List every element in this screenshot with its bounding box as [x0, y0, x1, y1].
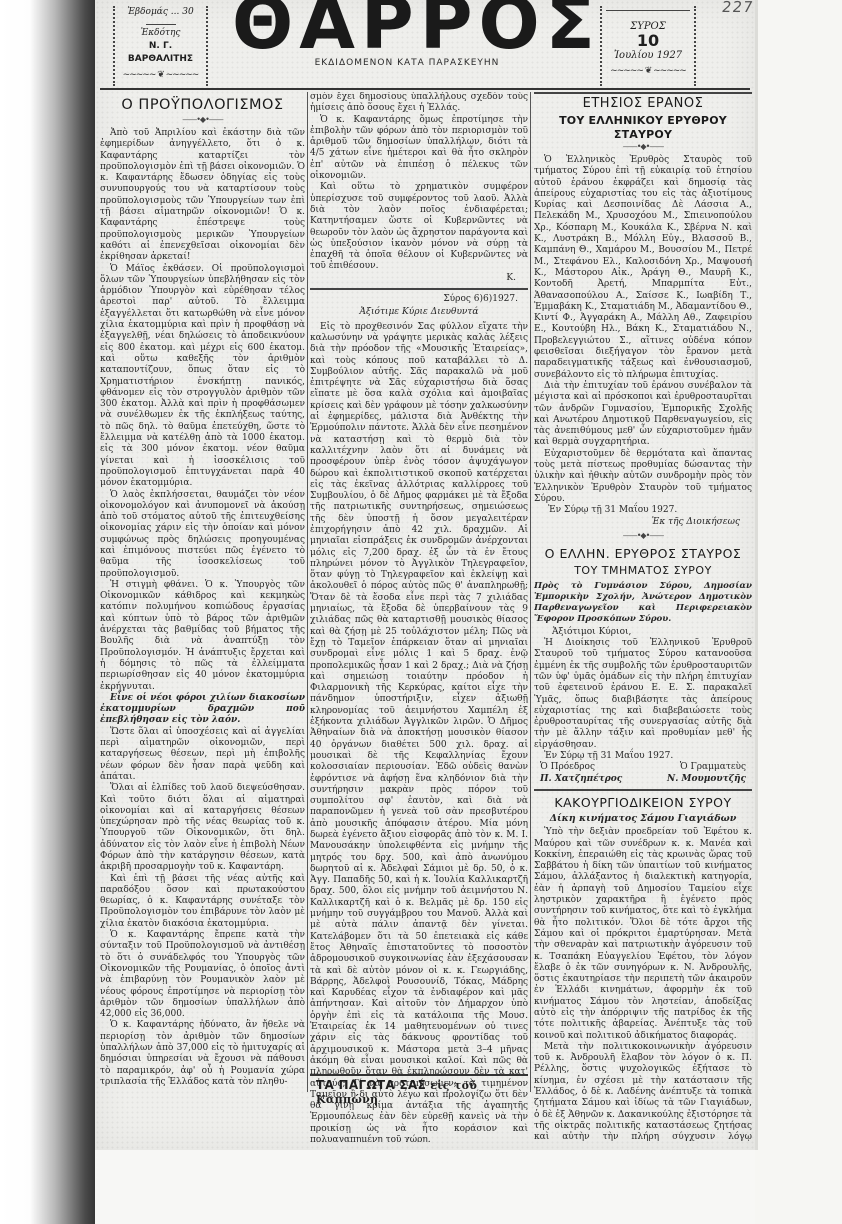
- page-edge: [95, 1150, 842, 1224]
- headline-annual-collection-sub: ΤΟΥ ΕΛΛΗΝΙΚΟΥ ΕΡΥΘΡΟΥ ΣΤΑΥΡΟΥ: [534, 114, 752, 142]
- paragraph: Ὁ κ. Καφαντάρης ἔπρεπε κατὰ τὴν σύνταξιν…: [100, 930, 305, 1020]
- paragraph: Ὅλαι αἱ ἐλπίδες τοῦ λαοῦ διεψεύσθησαν. Κ…: [100, 783, 305, 873]
- signers-names: Π. Χατζηπέτρος Ν. Μουμουτζῆς: [534, 774, 752, 785]
- masthead-left-box: Ἑβδομάς ... 30 Ἐκδότης Ν. Γ. ΒΑΡΘΑΛΙΤΗΣ …: [113, 6, 208, 86]
- letter-dateline: Σύρος 6)6)1927.: [310, 294, 528, 305]
- issue-date: Ἰουλίου 1927: [606, 49, 690, 62]
- subhead-samos-trial: Δίκη κινήματος Σάμου Γιαγιάδων: [534, 813, 752, 824]
- headline-red-cross: Ο ΕΛΛΗΝ. ΕΡΥΘΡΟΣ ΣΤΑΥΡΟΣ: [534, 546, 752, 562]
- ad-caps-text: ΤΑ ΠΑΓΩΤΑ ΣΑΣ: [316, 1078, 426, 1092]
- paragraph: Ὁ λαὸς ἐκπλήσσεται, θαυμάζει τὸν νέον οἰ…: [100, 490, 305, 580]
- divider: [606, 10, 690, 20]
- signature: Ἐκ τῆς Διοικήσεως: [534, 517, 752, 528]
- masthead-rule: [100, 88, 750, 90]
- archive-page-number: 227: [721, 0, 755, 16]
- column-continuation-and-letter: σμὸν ἔχει δημοσίους ὑπαλλήλους σχεδὸν το…: [310, 92, 528, 1142]
- ornament-icon: ~~~~~ ❦ ~~~~~: [119, 69, 202, 82]
- headline-annual-collection: ΕΤΗΣΙΟΣ ΕΡΑΝΟΣ: [534, 96, 752, 112]
- divider: [146, 19, 176, 25]
- paragraph: Ἡ Διοίκησις τοῦ Ἑλληνικοῦ Ἐρυθροῦ Σταυρο…: [534, 638, 752, 751]
- paragraph: Ὑπὸ τὴν δεξιὰν προεδρείαν τοῦ Ἐφέτου κ. …: [534, 827, 752, 1042]
- paragraph: Μετὰ τὴν πολιτικοκοινωνικὴν ἀγόρευσιν το…: [534, 1042, 752, 1142]
- paragraph: Καὶ οὕτω τὸ χρηματικὸν συμφέρον ὑπερίσχυ…: [310, 182, 528, 272]
- letter-body: Εἰς τὸ προχθεσινόν Σας φύλλον εἴχατε τὴν…: [310, 322, 528, 1142]
- publisher-name: Ν. Γ. ΒΑΡΘΑΛΙΤΗΣ: [119, 40, 202, 66]
- dateline: Ἐν Σύρῳ τῇ 31 Μαΐου 1927.: [534, 505, 752, 516]
- ice-cream-advertisement: ΤΑ ΠΑΓΩΤΑ ΣΑΣ εἰς τοῦ Καππώνη: [310, 1074, 528, 1106]
- paragraph: Ὁ κ. Καφαντάρης ἠδύνατο, ἂν ἤθελε νὰ περ…: [100, 1020, 305, 1088]
- column-rule: [307, 92, 308, 1092]
- masthead-right-box: ΣΥΡΟΣ 10 Ἰουλίου 1927 ~~~~~ ❦ ~~~~~: [600, 6, 696, 86]
- ornament-divider-icon: ——•◆•——: [534, 532, 752, 540]
- paragraph: Ἀπὸ τοῦ Ἀπριλίου καὶ ἐκάστην διὰ τῶν ἐφη…: [100, 128, 305, 264]
- president-name: Π. Χατζηπέτρος: [540, 774, 622, 785]
- article-signature: Κ.: [310, 273, 528, 284]
- paragraph: Διὰ τὴν ἐπιτυχίαν τοῦ ἐράνου συνέβαλον τ…: [534, 381, 752, 449]
- section-rule: [310, 288, 528, 290]
- scan-right-margin: [755, 0, 842, 1224]
- section-rule: [534, 92, 752, 94]
- paragraph: Ὁ κ. Καφαντάρης ὅμως ἐπροτίμησε τὴν ἐπιβ…: [310, 115, 528, 183]
- signers-labels: Ὁ Πρόεδρος Ὁ Γραμματεὺς: [534, 762, 752, 773]
- paragraph: Ὁ Μάϊος ἐκθάσεν. Οἱ προϋπολογισμοὶ ὅλων …: [100, 264, 305, 490]
- section-rule: [534, 789, 752, 791]
- paragraph: Ὥστε ὅλαι αἱ ὑποσχέσεις καὶ αἱ ἀγγελίαι …: [100, 727, 305, 783]
- column-budget-article: Ο ΠΡΟΫΠΟΛΟΓΙΣΜΟΣ ——•◆•—— Ἀπὸ τοῦ Ἀπριλίο…: [100, 92, 305, 1142]
- ornament-icon: ~~~~~ ❦ ~~~~~: [606, 65, 690, 78]
- publisher-label: Ἐκδότης: [119, 27, 202, 40]
- ornament-divider-icon: ——•◆•——: [534, 143, 752, 151]
- dateline: Ἐν Σύρῳ τῇ 31 Μαΐου 1927.: [534, 751, 752, 762]
- headline-criminal-court: ΚΑΚΟΥΡΓΙΟΔΙΚΕΙΟΝ ΣΥΡΟΥ: [534, 795, 752, 811]
- paragraph: Ὁ Ἑλληνικὸς Ἐρυθρὸς Σταυρὸς τοῦ τμήματος…: [534, 155, 752, 381]
- paragraph: σμὸν ἔχει δημοσίους ὑπαλλήλους σχεδὸν το…: [310, 92, 528, 115]
- secretary-label: Ὁ Γραμματεὺς: [680, 762, 746, 773]
- emphasis-paragraph: Εἶνε οἱ νέοι φόροι χιλίων διακοσίων ἑκατ…: [100, 693, 305, 727]
- salutation: Ἀξιότιμοι Κύριοι,: [534, 627, 752, 638]
- column-red-cross-and-court: ΕΤΗΣΙΟΣ ΕΡΑΝΟΣ ΤΟΥ ΕΛΛΗΝΙΚΟΥ ΕΡΥΘΡΟΥ ΣΤΑ…: [534, 92, 752, 1142]
- paragraph: Καὶ ἐπὶ τῇ βάσει τῆς νέας αὐτῆς καὶ παρα…: [100, 874, 305, 930]
- letter-salutation: Ἀξιότιμε Κύριε Διευθυντά: [310, 307, 528, 318]
- president-label: Ὁ Πρόεδρος: [540, 762, 595, 773]
- issue-day: 10: [606, 33, 690, 49]
- headline-budget: Ο ΠΡΟΫΠΟΛΟΓΙΣΜΟΣ: [100, 96, 305, 114]
- secretary-name: Ν. Μουμουτζῆς: [667, 774, 746, 785]
- headline-red-cross-sub: ΤΟΥ ΤΜΗΜΑΤΟΣ ΣΥΡΟΥ: [534, 564, 752, 577]
- ornament-divider-icon: ——•◆•——: [100, 116, 305, 124]
- paragraph: Ἡ στιγμὴ φθάνει. Ὁ κ. Ὑπουργὸς τῶν Οἰκον…: [100, 580, 305, 693]
- issue-number: Ἑβδομάς ... 30: [119, 6, 202, 19]
- paragraph: Εὐχαριστοῦμεν δὲ θερμότατα καὶ ἅπαντας τ…: [534, 449, 752, 505]
- column-rule: [530, 92, 531, 1092]
- newspaper-subtitle: ΕΚΔΙΔΟΜΕΝΟΝ ΚΑΤΑ ΠΑΡΑΣΚΕΥΗΝ: [232, 58, 582, 68]
- address-block: Πρὸς τὸ Γυμνάσιον Σύρου, Δημοσίαν Ἐμπορι…: [534, 581, 752, 625]
